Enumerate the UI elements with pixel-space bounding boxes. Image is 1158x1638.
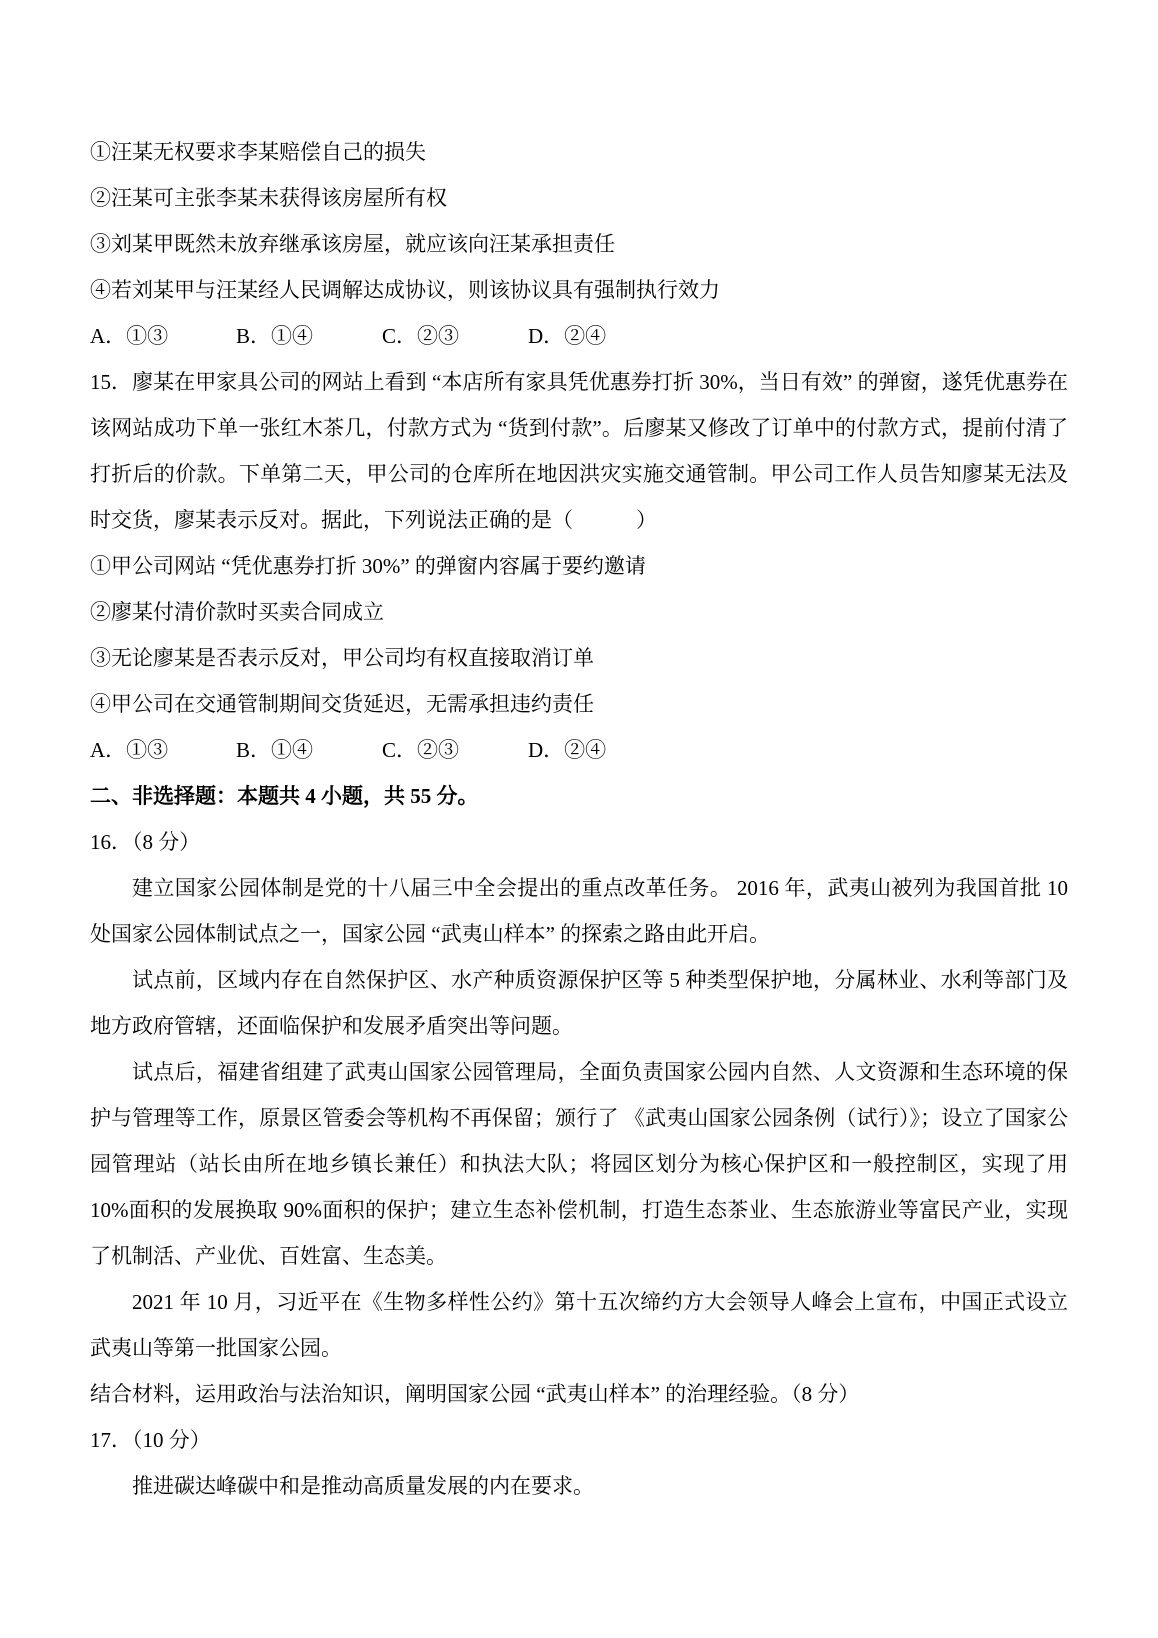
q15-choice-a: A．①③ <box>90 727 236 773</box>
q14-answer-row: A．①③ B．①④ C．②③ D．②④ <box>90 313 1068 359</box>
section2-heading: 二、非选择题：本题共 4 小题，共 55 分。 <box>90 773 1068 819</box>
q14-choice-d: D．②④ <box>528 313 606 359</box>
q14-choice-b: B．①④ <box>236 313 382 359</box>
q14-choice-a: A．①③ <box>90 313 236 359</box>
q16-material-para-1: 建立国家公园体制是党的十八届三中全会提出的重点改革任务。 2016 年，武夷山被… <box>90 865 1068 957</box>
q15-choice-d: D．②④ <box>528 727 606 773</box>
q16-material-para-4: 2021 年 10 月，习近平在《生物多样性公约》第十五次缔约方大会领导人峰会上… <box>90 1279 1068 1371</box>
q14-choice-c: C．②③ <box>382 313 528 359</box>
q15-choice-c: C．②③ <box>382 727 528 773</box>
q16-material-para-2: 试点前，区域内存在自然保护区、水产种质资源保护区等 5 种类型保护地，分属林业、… <box>90 957 1068 1049</box>
q15-choice-b: B．①④ <box>236 727 382 773</box>
q15-stem: 15．廖某在甲家具公司的网站上看到 “本店所有家具凭优惠券打折 30%，当日有效… <box>90 359 1068 543</box>
q17-number: 17．（10 分） <box>90 1417 1068 1463</box>
q16-material-para-3: 试点后，福建省组建了武夷山国家公园管理局，全面负责国家公园内自然、人文资源和生态… <box>90 1049 1068 1279</box>
q16-number: 16．（8 分） <box>90 819 1068 865</box>
q14-option-2: ②汪某可主张李某未获得该房屋所有权 <box>90 175 1068 221</box>
q15-answer-row: A．①③ B．①④ C．②③ D．②④ <box>90 727 1068 773</box>
q15-option-1: ①甲公司网站 “凭优惠券打折 30%” 的弹窗内容属于要约邀请 <box>90 543 1068 589</box>
q14-option-4: ④若刘某甲与汪某经人民调解达成协议，则该协议具有强制执行效力 <box>90 267 1068 313</box>
q15-option-2: ②廖某付清价款时买卖合同成立 <box>90 589 1068 635</box>
q14-option-3: ③刘某甲既然未放弃继承该房屋，就应该向汪某承担责任 <box>90 221 1068 267</box>
q17-material-para-1: 推进碳达峰碳中和是推动高质量发展的内在要求。 <box>90 1463 1068 1509</box>
exam-document-page: ①汪某无权要求李某赔偿自己的损失 ②汪某可主张李某未获得该房屋所有权 ③刘某甲既… <box>0 0 1158 1638</box>
q14-option-1: ①汪某无权要求李某赔偿自己的损失 <box>90 129 1068 175</box>
q16-task: 结合材料，运用政治与法治知识，阐明国家公园 “武夷山样本” 的治理经验。（8 分… <box>90 1371 1068 1417</box>
q15-option-4: ④甲公司在交通管制期间交货延迟，无需承担违约责任 <box>90 681 1068 727</box>
q15-option-3: ③无论廖某是否表示反对，甲公司均有权直接取消订单 <box>90 635 1068 681</box>
